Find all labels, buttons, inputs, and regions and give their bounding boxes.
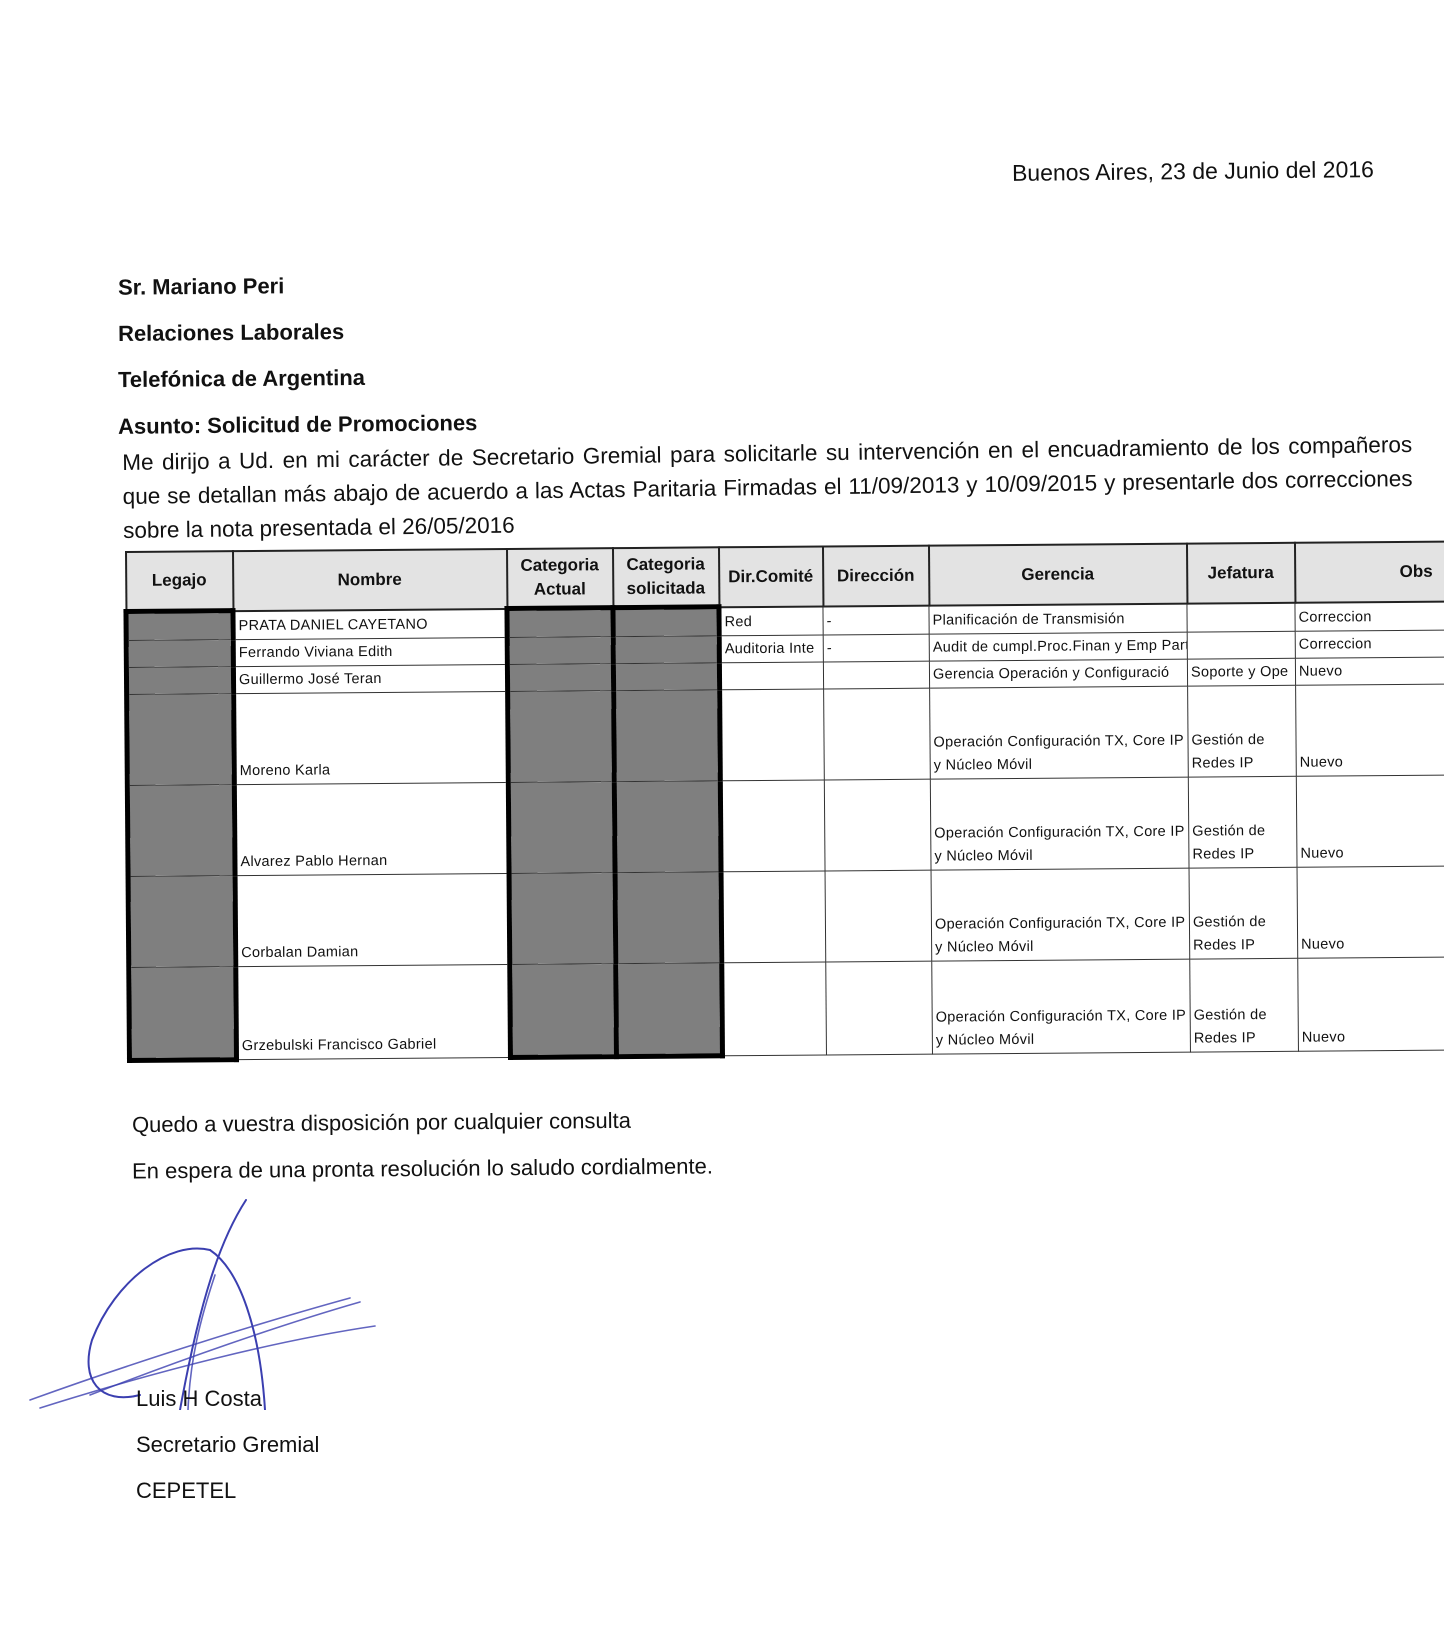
cell-jefatura: Soporte y Ope <box>1187 658 1295 686</box>
cell-nombre: Ferrando Viviana Edith <box>233 637 507 666</box>
redacted-cell <box>126 611 233 641</box>
cell-obs: Correccion <box>1295 601 1444 631</box>
signer-name: Luis H Costa <box>136 1386 262 1412</box>
cell-gerencia: Audit de cumpl.Proc.Finan y Emp Particip <box>929 632 1187 661</box>
cell-jefatura: Gestión de Redes IP <box>1189 867 1298 959</box>
table-body: PRATA DANIEL CAYETANORed-Planificación d… <box>126 601 1444 1060</box>
redacted-cell <box>507 664 613 692</box>
cell-obs: Nuevo <box>1298 957 1444 1051</box>
header-jefatura: Jefatura <box>1186 543 1294 603</box>
cell-obs: Nuevo <box>1296 684 1444 776</box>
cell-gerencia: Operación Configuración TX, Core IP y Nú… <box>930 777 1189 870</box>
cell-direccion <box>824 688 931 780</box>
promotions-table-wrapper: Legajo Nombre Categoria Actual Categoria… <box>123 541 1444 1063</box>
cell-direccion: - <box>823 605 929 635</box>
header-dir-comite: Dir.Comité <box>718 547 822 607</box>
table-row: Moreno KarlaOperación Configuración TX, … <box>127 684 1444 785</box>
recipient-company: Telefónica de Argentina <box>118 365 365 393</box>
recipient-department: Relaciones Laborales <box>118 319 344 347</box>
redacted-cell <box>126 640 233 668</box>
promotions-table: Legajo Nombre Categoria Actual Categoria… <box>123 541 1444 1063</box>
header-nombre: Nombre <box>233 549 507 611</box>
cell-direccion <box>826 961 933 1055</box>
table-row: Corbalan DamianOperación Configuración T… <box>128 866 1444 967</box>
cell-dir-comite <box>720 689 825 781</box>
cell-jefatura <box>1187 631 1295 659</box>
signer-organization: CEPETEL <box>136 1478 236 1504</box>
cell-jefatura: Gestión de Redes IP <box>1188 685 1297 777</box>
redacted-cell <box>509 873 616 965</box>
header-categoria-solicitada: Categoria solicitada <box>612 547 718 607</box>
cell-gerencia: Planificación de Transmisión <box>929 603 1187 634</box>
cell-dir-comite <box>721 871 826 963</box>
cell-jefatura: Gestión de Redes IP <box>1190 958 1299 1052</box>
date-line: Buenos Aires, 23 de Junio del 2016 <box>1012 156 1374 187</box>
cell-nombre: PRATA DANIEL CAYETANO <box>233 608 507 639</box>
redacted-cell <box>127 694 235 786</box>
redacted-cell <box>613 607 719 637</box>
body-paragraph: Me dirijo a Ud. en mi carácter de Secret… <box>122 428 1413 548</box>
header-gerencia: Gerencia <box>928 544 1186 606</box>
cell-nombre: Corbalan Damian <box>235 873 510 966</box>
handwritten-signature <box>20 1180 380 1410</box>
cell-dir-comite: Auditoria Inte <box>719 635 823 663</box>
cell-obs: Nuevo <box>1295 657 1444 685</box>
cell-jefatura: Gestión de Redes IP <box>1188 776 1297 868</box>
cell-gerencia: Operación Configuración TX, Core IP y Nú… <box>930 686 1189 779</box>
letter-page: Buenos Aires, 23 de Junio del 2016 Sr. M… <box>0 0 1444 1628</box>
redacted-cell <box>126 667 233 695</box>
cell-direccion <box>824 779 931 871</box>
cell-nombre: Alvarez Pablo Hernan <box>234 782 509 875</box>
redacted-cell <box>616 963 723 1057</box>
signer-title: Secretario Gremial <box>136 1432 319 1458</box>
redacted-cell <box>614 781 721 873</box>
cell-gerencia: Operación Configuración TX, Core IP y Nú… <box>931 868 1190 961</box>
table-row: Grzebulski Francisco GabrielOperación Co… <box>129 957 1444 1060</box>
closing-line-1: Quedo a vuestra disposición por cualquie… <box>132 1108 631 1138</box>
header-legajo: Legajo <box>126 551 233 611</box>
cell-gerencia: Gerencia Operación y Configuració <box>929 659 1187 688</box>
cell-obs: Nuevo <box>1297 866 1444 958</box>
subject-line: Asunto: Solicitud de Promociones <box>118 410 478 440</box>
redacted-cell <box>129 967 237 1061</box>
redacted-cell <box>508 782 615 874</box>
cell-nombre: Moreno Karla <box>234 691 509 784</box>
redacted-cell <box>128 876 236 968</box>
cell-jefatura <box>1187 602 1295 632</box>
cell-dir-comite <box>722 962 827 1056</box>
cell-gerencia: Operación Configuración TX, Core IP y Nú… <box>932 959 1191 1054</box>
redacted-cell <box>614 690 721 782</box>
cell-dir-comite <box>720 780 825 872</box>
cell-dir-comite: Red <box>719 606 823 636</box>
cell-nombre: Guillermo José Teran <box>233 664 507 693</box>
redacted-cell <box>507 608 613 638</box>
cell-obs: Correccion <box>1295 630 1444 658</box>
header-categoria-actual: Categoria Actual <box>506 548 612 608</box>
header-direccion: Dirección <box>822 546 928 606</box>
recipient-name: Sr. Mariano Peri <box>118 273 285 300</box>
redacted-cell <box>615 872 722 964</box>
redacted-cell <box>127 785 235 877</box>
redacted-cell <box>613 636 719 664</box>
header-obs: Obs <box>1294 542 1444 603</box>
cell-direccion <box>823 661 929 689</box>
redacted-cell <box>613 663 719 691</box>
table-row: Alvarez Pablo HernanOperación Configurac… <box>127 775 1444 876</box>
table-header-row: Legajo Nombre Categoria Actual Categoria… <box>126 542 1444 612</box>
cell-dir-comite <box>719 662 823 690</box>
redacted-cell <box>510 964 617 1058</box>
cell-obs: Nuevo <box>1296 775 1444 867</box>
redacted-cell <box>508 691 615 783</box>
cell-nombre: Grzebulski Francisco Gabriel <box>236 964 511 1059</box>
redacted-cell <box>507 637 613 665</box>
cell-direccion <box>825 870 932 962</box>
cell-direccion: - <box>823 634 929 662</box>
